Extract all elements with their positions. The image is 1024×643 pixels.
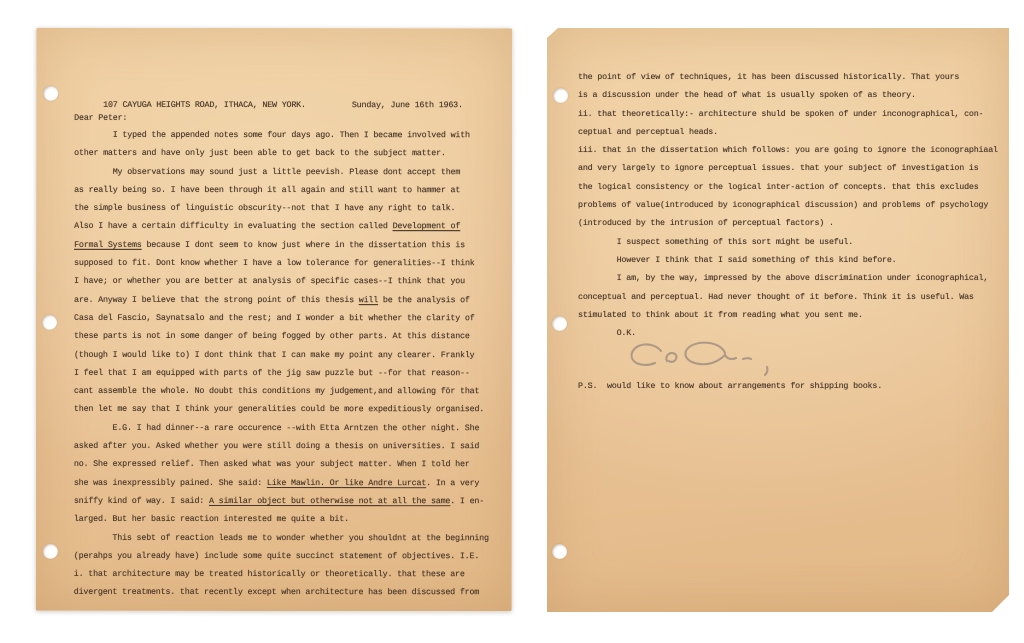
letter-page-1: 107 CAYUGA HEIGHTS ROAD, ITHACA, NEW YOR… — [36, 28, 513, 611]
sender-address: 107 CAYUGA HEIGHTS ROAD, ITHACA, NEW YOR… — [103, 100, 306, 110]
punch-hole — [553, 88, 568, 103]
punch-hole — [552, 544, 567, 559]
typed-line: However I think that I said something of… — [578, 251, 998, 269]
salutation: Dear Peter: — [74, 109, 127, 127]
underlined-text: Formal Systems — [74, 240, 142, 250]
typed-line: i. that architecture may be treated hist… — [74, 565, 489, 584]
typed-line: My observations may sound just a little … — [74, 162, 489, 181]
typed-line: the point of view of techniques, it has … — [578, 68, 998, 86]
typed-line: these parts is not in some danger of bei… — [74, 327, 489, 346]
typed-line: Casa del Fascio, Saynatsalo and the rest… — [74, 309, 489, 328]
underlined-text: Like Mawlin. Or like Andre Lurcat — [267, 478, 426, 488]
typed-line: and very largely to ignore perceptual is… — [578, 159, 998, 177]
typed-line: (perahps you already have) include some … — [74, 547, 489, 566]
typed-line: then let me say that I think your genera… — [74, 400, 489, 419]
typed-line: stimulated to think about it from readin… — [578, 306, 998, 324]
typed-line: other matters and have only just been ab… — [74, 144, 489, 163]
typed-line: (introduced by the intrusion of perceptu… — [578, 214, 998, 232]
typed-line: I suspect something of this sort might b… — [578, 233, 998, 251]
typed-line: This sebt of reaction leads me to wonder… — [74, 528, 489, 547]
date-line: Sunday, June 16th 1963. — [352, 100, 463, 110]
underlined-text: Development of — [393, 222, 461, 232]
typed-line: she was inexpressibly pained. She said: … — [74, 473, 489, 492]
typed-line: problems of value(introduced by iconogra… — [578, 196, 998, 214]
typed-line: supposed to fit. Dont know whether I hav… — [74, 254, 489, 273]
typed-line: divergent treatments. that recently exce… — [74, 583, 489, 602]
typed-line: Also I have a certain difficulty in eval… — [74, 217, 489, 236]
underlined-text: A similar object but otherwise not at al… — [209, 496, 450, 506]
punch-hole — [42, 315, 57, 330]
typed-line: larged. But her basic reaction intereste… — [74, 510, 489, 529]
typed-line: I feel that I am equipped with parts of … — [74, 364, 489, 383]
typed-line: conceptual and perceptual. Had never tho… — [578, 288, 998, 306]
typed-line: ceptual and perceptual heads. — [578, 123, 998, 141]
typed-line: I typed the appended notes some four day… — [74, 126, 489, 145]
typed-line: I have; or whether you are better at ana… — [74, 272, 489, 291]
letter-page-2: the point of view of techniques, it has … — [547, 28, 1009, 612]
typed-line: iii. that in the dissertation which foll… — [578, 141, 998, 159]
typed-line: are. Anyway I believe that the strong po… — [74, 290, 489, 309]
letterhead: 107 CAYUGA HEIGHTS ROAD, ITHACA, NEW YOR… — [74, 78, 498, 97]
typed-line: the logical consistency or the logical i… — [578, 178, 998, 196]
punch-hole — [552, 316, 567, 331]
typed-line: sniffy kind of way. I said: A similar ob… — [74, 492, 489, 511]
typed-line: I am, by the way, impressed by the above… — [578, 269, 998, 287]
typed-line: ii. that theoretically:- architecture sh… — [578, 105, 998, 123]
typed-line: (though I would like to) I dont think th… — [74, 345, 489, 364]
letter-body-page-2: the point of view of techniques, it has … — [578, 68, 998, 342]
postscript: P.S. would like to know about arrangemen… — [578, 377, 882, 395]
punch-hole — [43, 544, 58, 559]
letter-body-page-1: I typed the appended notes some four day… — [74, 126, 489, 602]
typed-line: asked after you. Asked whether you were … — [74, 437, 489, 456]
punch-hole — [43, 86, 58, 101]
typed-line: cant assemble the whole. No doubt this c… — [74, 382, 489, 401]
typed-line: as really being so. I have been through … — [74, 181, 489, 200]
typed-line: E.G. I had dinner--a rare occurence --wi… — [74, 419, 489, 438]
scanned-letter: 107 CAYUGA HEIGHTS ROAD, ITHACA, NEW YOR… — [0, 0, 1024, 643]
underlined-text: will — [359, 295, 378, 305]
typed-line: is a discussion under the head of what i… — [578, 86, 998, 104]
typed-line: Formal Systems because I dont seem to kn… — [74, 236, 489, 255]
typed-line: the simple business of linguistic obscur… — [74, 199, 489, 218]
typed-line: no. She expressed relief. Then asked wha… — [74, 455, 489, 474]
